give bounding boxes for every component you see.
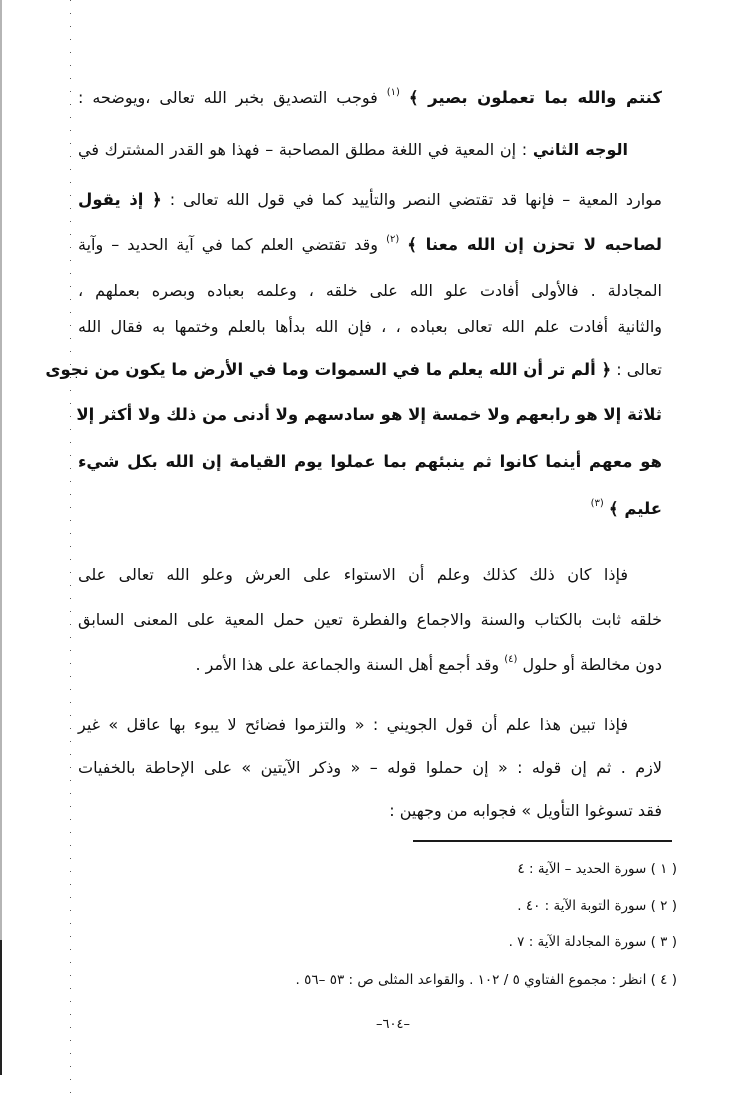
body-text: تعالى :: [616, 360, 662, 379]
scan-edge: [0, 0, 2, 940]
text-line: لصاحبه لا تحزن إن الله معنا ﴾ (٢) وقد تق…: [78, 225, 662, 265]
quran-quote: لصاحبه لا تحزن إن الله معنا ﴾: [407, 235, 662, 254]
section-heading: الوجه الثاني: [533, 140, 628, 159]
quran-quote: ﴿ ألم تر أن الله يعلم ما في السموات وما …: [45, 360, 611, 379]
scan-edge-dark: [0, 940, 2, 1075]
text-line: موارد المعية – فإنها قد تقتضي النصر والت…: [78, 180, 662, 220]
body-text: : إن المعية في اللغة مطلق المصاحبة – فهذ…: [78, 140, 527, 159]
body-text: والثانية أفادت علم الله تعالى بعباده ، ،…: [78, 317, 662, 336]
footnote-2: ( ٢ ) سورة التوبة الآية : ٤٠ .: [517, 892, 677, 920]
text-line: فقد تسوغوا التأويل » فجوابه من وجهين :: [78, 791, 662, 831]
quran-quote: هو معهم أينما كانوا ثم ينبئهم بما عملوا …: [78, 452, 662, 471]
body-text: المجادلة . فالأولى أفادت علو الله على خل…: [78, 281, 662, 300]
body-text: خلقه ثابت بالكتاب والسنة والاجماع والفطر…: [78, 610, 662, 629]
text-line: خلقه ثابت بالكتاب والسنة والاجماع والفطر…: [78, 600, 662, 640]
body-text: فوجب التصديق بخبر الله تعالى ،ويوضحه :: [78, 88, 378, 107]
book-page: كنتم والله بما تعملون بصير ﴾ (١) فوجب ال…: [0, 0, 753, 1100]
footnote-4: ( ٤ ) انظر : مجموع الفتاوي ٥ / ١٠٢ . وال…: [296, 966, 677, 994]
body-text: فإذا كان ذلك كذلك وعلم أن الاستواء على ا…: [78, 565, 628, 584]
body-text: فإذا تبين هذا علم أن قول الجويني : « وال…: [78, 715, 628, 734]
text-line: والثانية أفادت علم الله تعالى بعباده ، ،…: [78, 307, 662, 347]
text-line: عليم ﴾ (٣): [78, 489, 662, 529]
body-text: وقد أجمع أهل السنة والجماعة على هذا الأم…: [195, 655, 499, 674]
body-text: فقد تسوغوا التأويل » فجوابه من وجهين :: [389, 801, 662, 820]
body-text: لازم . ثم إن قوله : « إن حملوا قوله – « …: [78, 758, 662, 777]
body-text: وقد تقتضي العلم كما في آية الحديد – وآية: [78, 235, 378, 254]
text-line: فإذا تبين هذا علم أن قول الجويني : « وال…: [78, 705, 628, 745]
footnote-ref: (٤): [504, 654, 517, 665]
text-line: الوجه الثاني : إن المعية في اللغة مطلق ا…: [78, 130, 628, 170]
text-line: المجادلة . فالأولى أفادت علو الله على خل…: [78, 271, 662, 311]
quran-quote: عليم ﴾: [609, 499, 662, 518]
quran-quote: كنتم والله بما تعملون بصير ﴾: [409, 88, 662, 107]
footnote-3: ( ٣ ) سورة المجادلة الآية : ٧ .: [509, 928, 677, 956]
footnote-ref: (١): [387, 87, 400, 98]
text-line: تعالى : ﴿ ألم تر أن الله يعلم ما في السم…: [78, 350, 662, 390]
text-line: لازم . ثم إن قوله : « إن حملوا قوله – « …: [78, 748, 662, 788]
footnote-ref: (٢): [386, 234, 399, 245]
footnote-1: ( ١ ) سورة الحديد – الآية : ٤: [517, 855, 677, 883]
text-line: كنتم والله بما تعملون بصير ﴾ (١) فوجب ال…: [78, 78, 662, 118]
footnote-divider: [413, 840, 672, 842]
margin-dotted-line: [70, 0, 71, 1100]
page-number: –٦٠٤–: [343, 1012, 443, 1038]
text-line: هو معهم أينما كانوا ثم ينبئهم بما عملوا …: [78, 442, 662, 482]
text-line: ثلاثة إلا هو رابعهم ولا خمسة إلا هو سادس…: [78, 395, 662, 435]
quran-quote: ﴿ إذ يقول: [78, 190, 162, 209]
text-line: فإذا كان ذلك كذلك وعلم أن الاستواء على ا…: [78, 555, 628, 595]
text-line: دون مخالطة أو حلول (٤) وقد أجمع أهل السن…: [78, 645, 662, 685]
body-text: موارد المعية – فإنها قد تقتضي النصر والت…: [170, 190, 662, 209]
footnote-ref: (٣): [591, 498, 604, 509]
body-text: دون مخالطة أو حلول: [523, 655, 662, 674]
quran-quote: ثلاثة إلا هو رابعهم ولا خمسة إلا هو سادس…: [76, 405, 662, 424]
